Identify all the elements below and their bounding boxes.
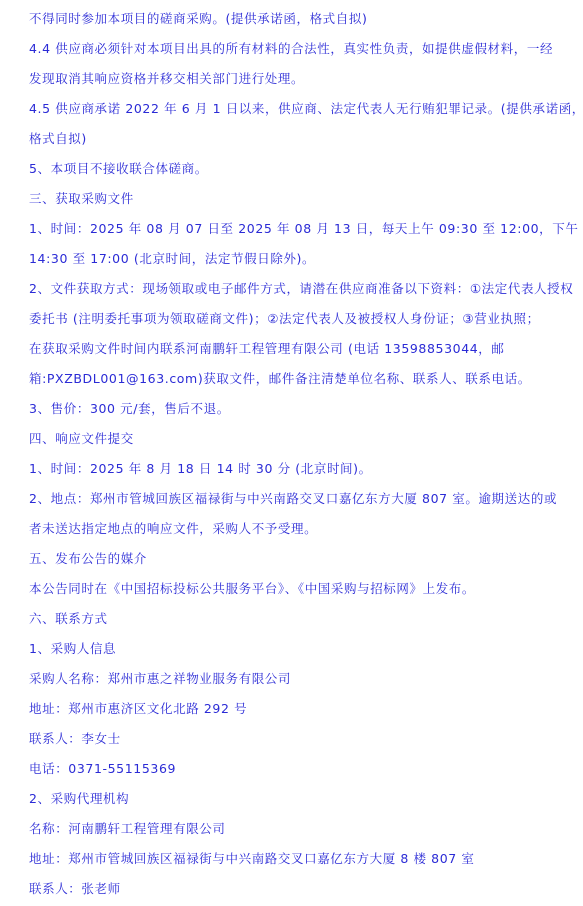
text-line: 联系人：张老师 xyxy=(29,881,121,897)
text-line: 名称：河南鹏轩工程管理有限公司 xyxy=(29,821,226,837)
text-line: 地址：郑州市管城回族区福禄街与中兴南路交叉口嘉亿东方大厦 8 楼 807 室 xyxy=(29,851,475,867)
text-line: 5、本项目不接收联合体磋商。 xyxy=(29,161,208,177)
text-line: 2、采购代理机构 xyxy=(29,791,129,807)
text-line: 1、时间：2025 年 08 月 07 日至 2025 年 08 月 13 日，… xyxy=(29,221,578,237)
text-line: 1、时间：2025 年 8 月 18 日 14 时 30 分 (北京时间)。 xyxy=(29,461,372,477)
text-line: 发现取消其响应资格并移交相关部门进行处理。 xyxy=(29,71,304,87)
text-line: 4.5 供应商承诺 2022 年 6 月 1 日以来，供应商、法定代表人无行贿犯… xyxy=(29,101,583,117)
text-line: 地址：郑州市惠济区文化北路 292 号 xyxy=(29,701,247,717)
section-heading: 三、获取采购文件 xyxy=(29,191,134,207)
section-heading: 四、响应文件提交 xyxy=(29,431,134,447)
text-line: 4.4 供应商必须针对本项目出具的所有材料的合法性，真实性负责，如提供虚假材料，… xyxy=(29,41,553,57)
text-line: 不得同时参加本项目的磋商采购。(提供承诺函，格式自拟) xyxy=(29,11,367,27)
text-line: 电话：0371-55115369 xyxy=(29,761,176,777)
section-heading: 五、发布公告的媒介 xyxy=(29,551,147,567)
text-line: 2、地点：郑州市管城回族区福禄街与中兴南路交叉口嘉亿东方大厦 807 室。逾期送… xyxy=(29,491,557,507)
text-line: 采购人名称：郑州市惠之祥物业服务有限公司 xyxy=(29,671,291,687)
text-line: 在获取采购文件时间内联系河南鹏轩工程管理有限公司 (电话 13598853044… xyxy=(29,341,505,357)
section-heading: 六、联系方式 xyxy=(29,611,108,627)
text-line: 格式自拟) xyxy=(29,131,87,147)
text-line: 者未送达指定地点的响应文件，采购人不予受理。 xyxy=(29,521,317,537)
text-line: 1、采购人信息 xyxy=(29,641,116,657)
text-line: 2、文件获取方式：现场领取或电子邮件方式，请潜在供应商准备以下资料：①法定代表人… xyxy=(29,281,573,297)
text-line: 14:30 至 17:00 (北京时间，法定节假日除外)。 xyxy=(29,251,315,267)
text-line: 委托书 (注明委托事项为领取磋商文件)；②法定代表人及被授权人身份证；③营业执照… xyxy=(29,311,540,327)
text-line: 3、售价：300 元/套，售后不退。 xyxy=(29,401,230,417)
text-line: 联系人：李女士 xyxy=(29,731,121,747)
text-line: 本公告同时在《中国招标投标公共服务平台》、《中国采购与招标网》上发布。 xyxy=(29,581,475,597)
text-line: 箱:PXZBDL001@163.com)获取文件，邮件备注清楚单位名称、联系人、… xyxy=(29,371,531,387)
